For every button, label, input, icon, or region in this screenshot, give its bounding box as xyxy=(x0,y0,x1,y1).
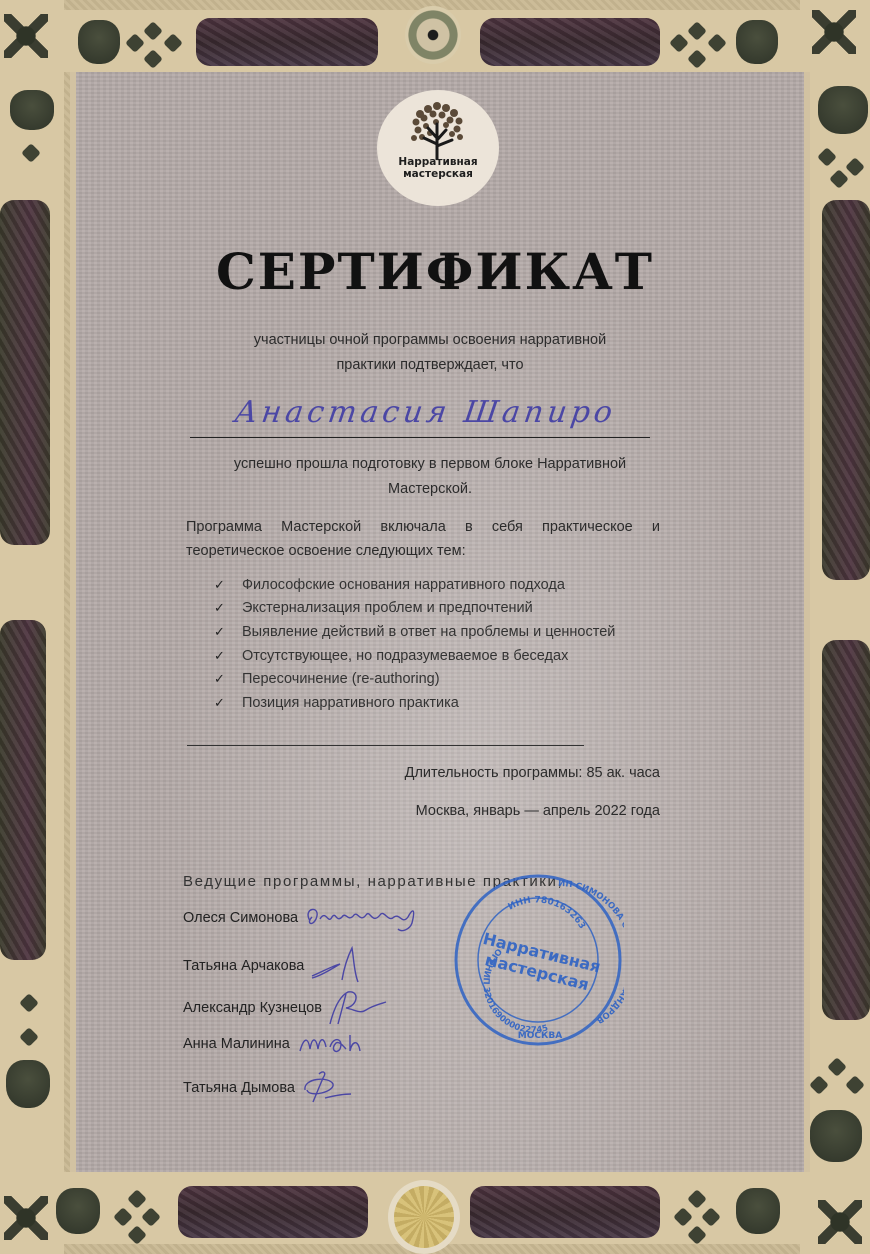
topic-label: Позиция нарративного практика xyxy=(242,695,459,711)
ornament xyxy=(736,20,778,64)
signature xyxy=(302,903,432,933)
topic-item: ✓Философские основания нарративного подх… xyxy=(214,573,615,597)
topic-label: Экстернализация проблем и предпочтений xyxy=(242,600,533,616)
ornament-panel xyxy=(196,18,378,66)
ornament xyxy=(810,1110,862,1162)
signature xyxy=(299,1068,369,1108)
ornament-panel xyxy=(480,18,660,66)
host-entry: Олеся Симонова xyxy=(183,903,432,933)
medallion-ornament xyxy=(405,6,461,64)
ornament xyxy=(10,90,54,130)
host-name: Анна Малинина xyxy=(183,1036,290,1052)
completion-text: успешно прошла подготовку в первом блоке… xyxy=(180,452,680,502)
ornament-panel xyxy=(822,640,870,1020)
host-entry: Татьяна Арчакова xyxy=(183,946,378,986)
checkmark-icon: ✓ xyxy=(214,671,234,687)
stamp-city: МОСКВА xyxy=(518,1031,562,1041)
corner-ornament xyxy=(812,10,856,54)
ornament xyxy=(6,1060,50,1108)
tree-icon xyxy=(406,100,470,160)
host-name: Татьяна Дымова xyxy=(183,1080,295,1096)
topic-label: Философские основания нарративного подхо… xyxy=(242,577,565,593)
topic-item: ✓Экстернализация проблем и предпочтений xyxy=(214,597,615,621)
corner-ornament xyxy=(818,1200,862,1244)
ornament xyxy=(56,1188,100,1234)
host-entry: Александр Кузнецов xyxy=(183,988,396,1028)
logo-text: Нарративная мастерская xyxy=(398,156,477,180)
corner-ornament xyxy=(4,14,48,58)
signature xyxy=(326,988,396,1028)
logo-line-1: Нарративная xyxy=(398,156,477,168)
subtitle: участницы очной программы освоения нарра… xyxy=(180,328,680,378)
svg-text:ИНН 780163263: ИНН 780163263 xyxy=(507,895,587,930)
topic-item: ✓Выявление действий в ответ на проблемы … xyxy=(214,620,615,644)
subtitle-line-1: участницы очной программы освоения нарра… xyxy=(180,328,680,353)
official-stamp: ИП СИМОНОВА ОЛЕСЯ АЛЕКСАНДРОВНА ИНН 7801… xyxy=(448,868,624,1050)
place-and-date: Москва, январь — апрель 2022 года xyxy=(416,803,660,819)
host-name: Александр Кузнецов xyxy=(183,1000,322,1016)
certificate-title: СЕРТИФИКАТ xyxy=(0,242,870,301)
completion-line-2: Мастерской. xyxy=(180,477,680,502)
program-intro: Программа Мастерской включала в себя пра… xyxy=(186,515,660,563)
corner-ornament xyxy=(4,1196,48,1240)
topics-list: ✓Философские основания нарративного подх… xyxy=(214,573,615,715)
topic-item: ✓Позиция нарративного практика xyxy=(214,691,615,715)
ornament-panel xyxy=(0,620,46,960)
host-entry: Анна Малинина xyxy=(183,1029,374,1059)
checkmark-icon: ✓ xyxy=(214,600,234,616)
ornament-panel xyxy=(178,1186,368,1238)
host-entry: Татьяна Дымова xyxy=(183,1068,369,1108)
topic-label: Выявление действий в ответ на проблемы и… xyxy=(242,624,615,640)
logo: Нарративная мастерская xyxy=(377,90,499,206)
checkmark-icon: ✓ xyxy=(214,577,234,593)
host-name: Олеся Симонова xyxy=(183,910,298,926)
signature xyxy=(294,1029,374,1059)
topic-label: Отсутствующее, но подразумеваемое в бесе… xyxy=(242,648,568,664)
divider xyxy=(187,745,584,746)
program-duration: Длительность программы: 85 ак. часа xyxy=(405,765,660,781)
checkmark-icon: ✓ xyxy=(214,695,234,711)
topic-label: Пересочинение (re-authoring) xyxy=(242,671,440,687)
ornament-panel xyxy=(470,1186,660,1238)
topic-item: ✓Пересочинение (re-authoring) xyxy=(214,667,615,691)
recipient-line: Анастасия Шапиро xyxy=(190,395,650,438)
subtitle-line-2: практики подтверждает, что xyxy=(180,353,680,378)
stamp-inn: ИНН 780163263 xyxy=(507,895,587,930)
topic-item: ✓Отсутствующее, но подразумеваемое в бес… xyxy=(214,644,615,668)
recipient-name: Анастасия Шапиро xyxy=(233,395,619,430)
ornament xyxy=(78,20,120,64)
completion-line-1: успешно прошла подготовку в первом блоке… xyxy=(180,452,680,477)
logo-line-2: мастерская xyxy=(398,168,477,180)
ornament xyxy=(818,86,868,134)
host-name: Татьяна Арчакова xyxy=(183,958,304,974)
signature xyxy=(308,946,378,986)
ornament xyxy=(736,1188,780,1234)
checkmark-icon: ✓ xyxy=(214,624,234,640)
checkmark-icon: ✓ xyxy=(214,648,234,664)
rosette-ornament xyxy=(388,1180,460,1254)
